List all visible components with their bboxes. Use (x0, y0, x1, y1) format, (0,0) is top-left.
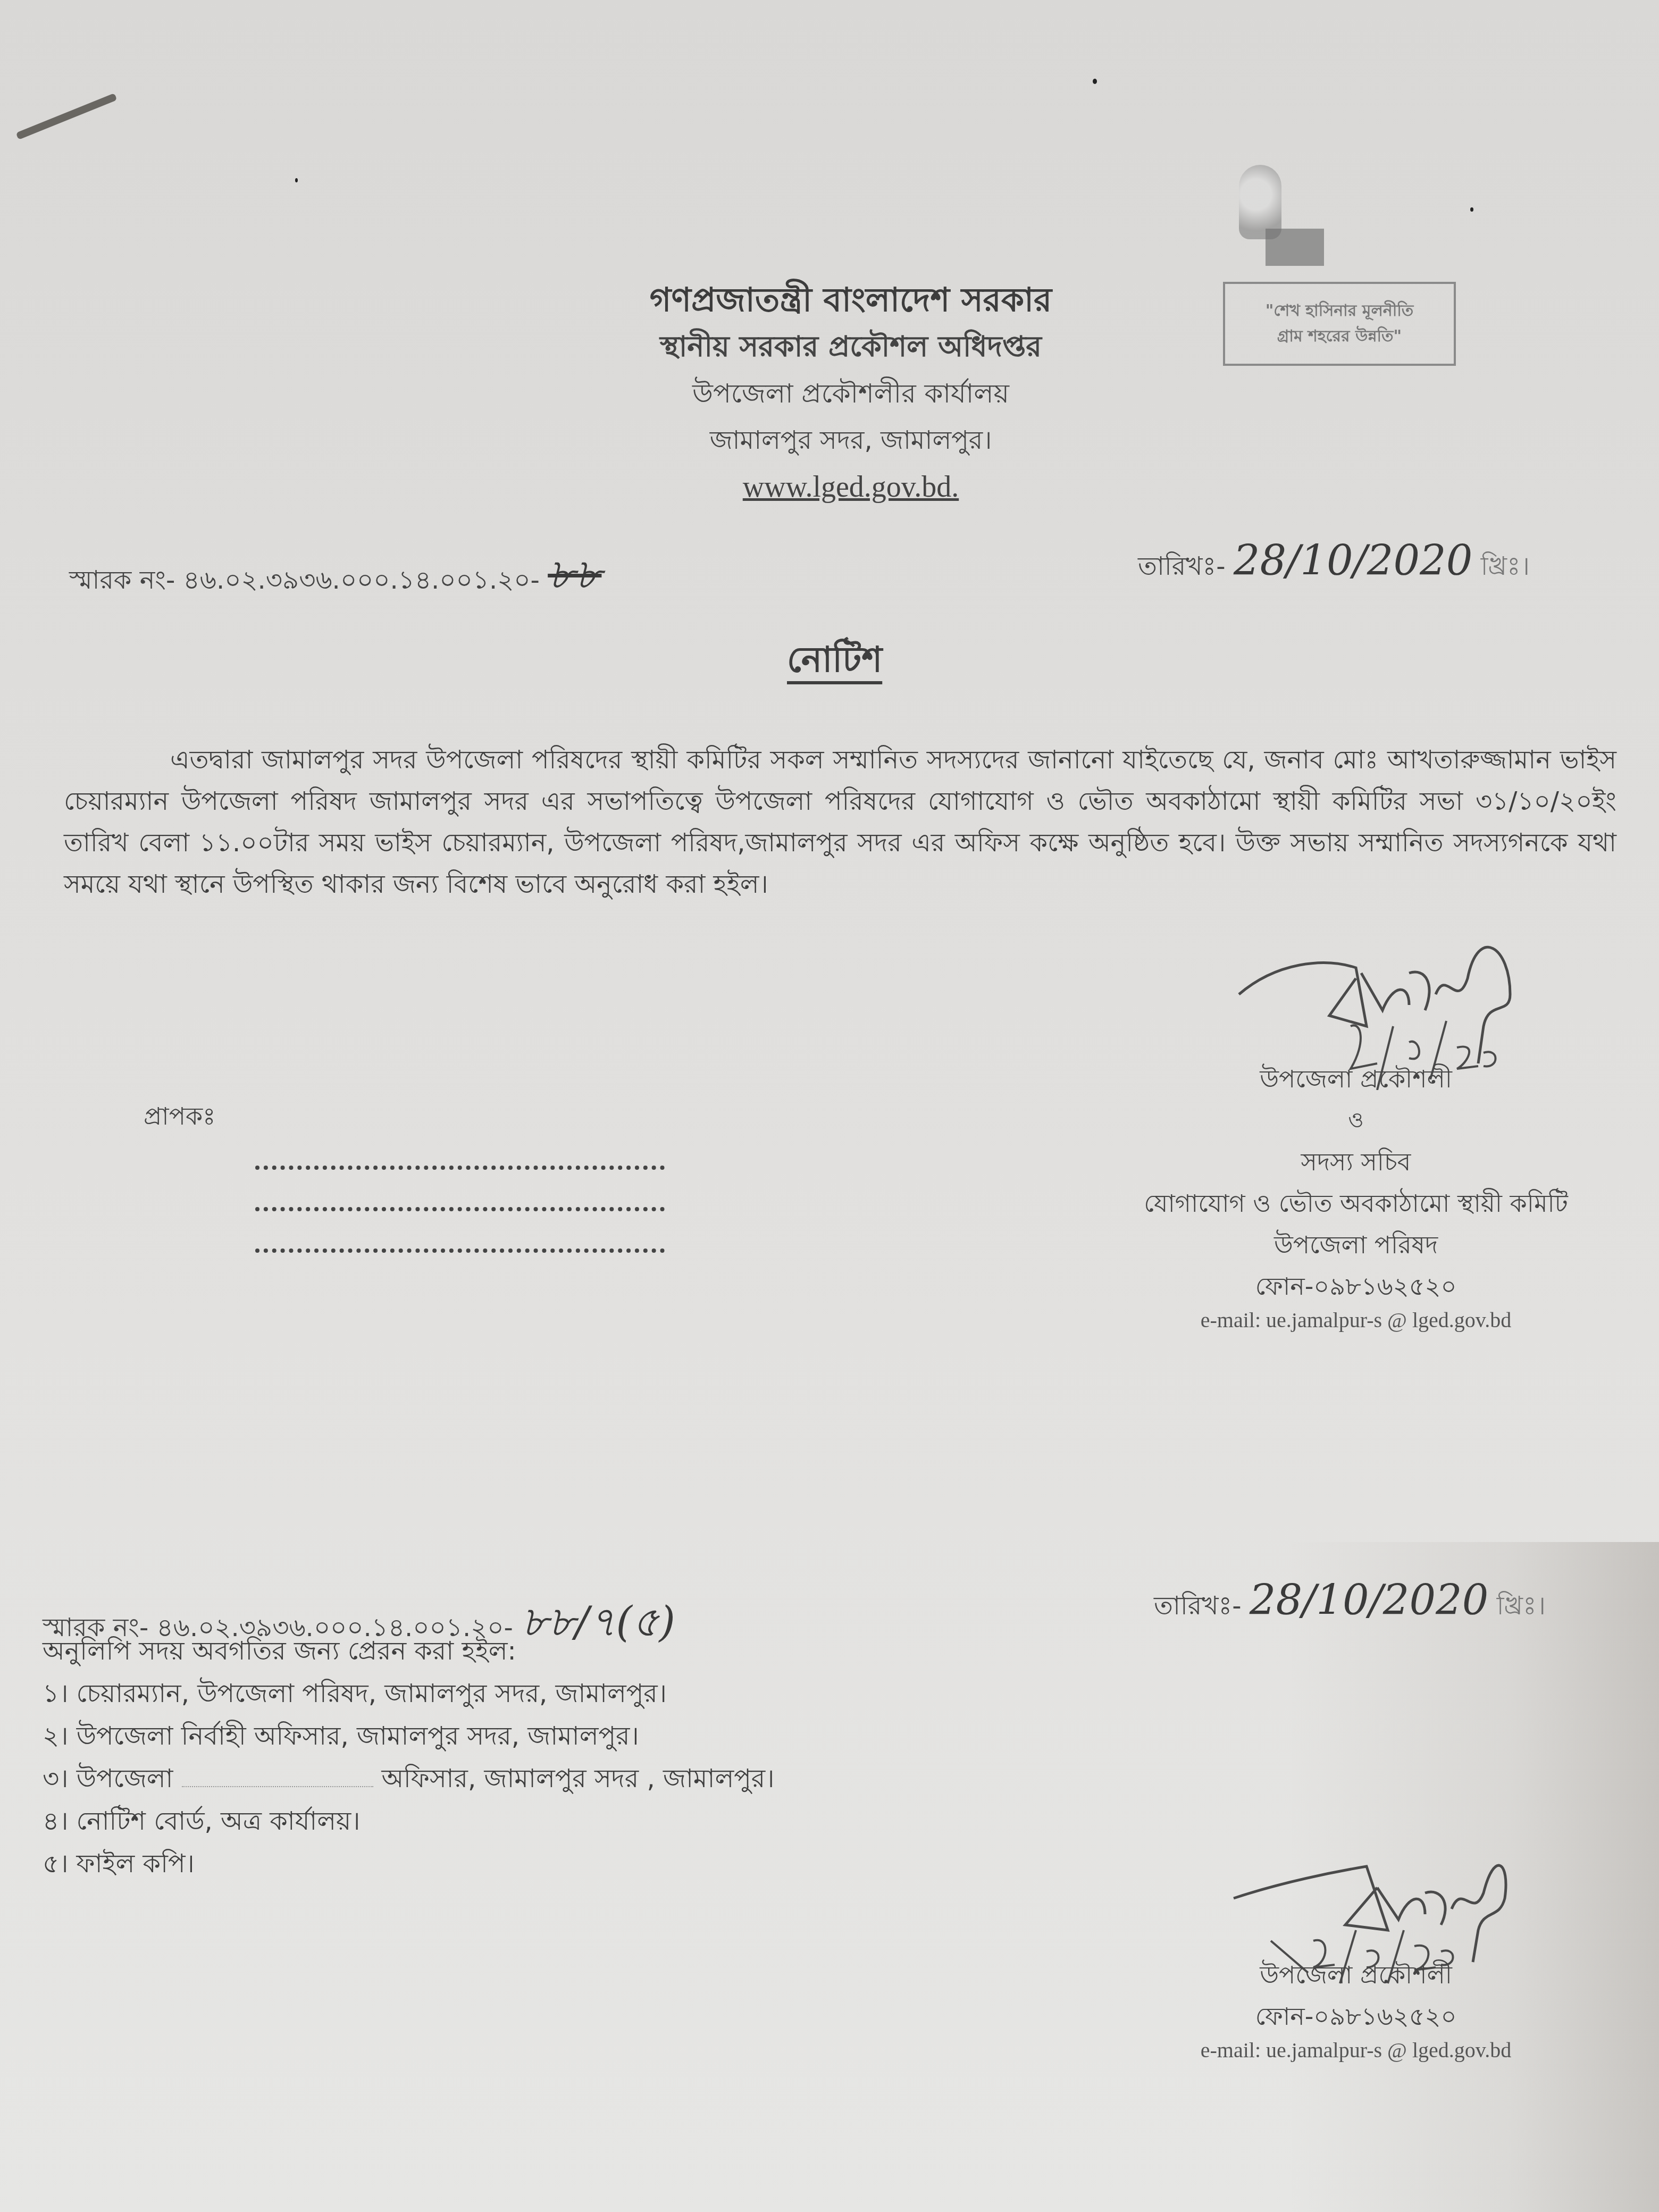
signatory-phone: ফোন-০৯৮১৬২৫২০ (1117, 1996, 1595, 2037)
department-name: স্থানীয় সরকার প্রকৌশল অধিদপ্তর (532, 323, 1170, 370)
cc-item-number: ১। (43, 1679, 68, 1708)
date-suffix: খ্রিঃ। (1481, 551, 1530, 581)
signatory-email[interactable]: e-mail: ue.jamalpur-s @ lged.gov.bd (1090, 1307, 1622, 1334)
signatory-committee: যোগাযোগ ও ভৌত অবকাঠামো স্থায়ী কমিটি (1090, 1183, 1622, 1224)
office-name: উপজেলা প্রকৌশলীর কার্যালয় (532, 370, 1170, 417)
notice-document: গণপ্রজাতন্ত্রী বাংলাদেশ সরকার স্থানীয় স… (0, 0, 1659, 2212)
notice-title: নোটিশ (787, 633, 882, 691)
staple-icon (16, 93, 118, 140)
cc-item-text: নোটিশ বোর্ড, অত্র কার্যালয়। (77, 1806, 361, 1836)
slogan-line-1: "শেখ হাসিনার মূলনীতি (1225, 298, 1454, 324)
cc-item-text: ফাইল কপি। (77, 1849, 195, 1879)
recipient-line-2[interactable] (255, 1207, 665, 1211)
cc-list: অনুলিপি সদয় অবগতির জন্য প্রেরন করা হইল:… (43, 1630, 774, 1885)
handwritten-date: 28/10/2020 (1234, 537, 1473, 585)
recipient-line-3[interactable] (255, 1249, 665, 1253)
cc-item-text: চেয়ারম্যান, উপজেলা পরিষদ, জামালপুর সদর,… (77, 1679, 667, 1708)
signatory-role: সদস্য সচিব (1090, 1141, 1622, 1183)
cc-item-number: ৫। (43, 1849, 68, 1879)
handwritten-date: 28/10/2020 (1250, 1577, 1489, 1624)
website-link[interactable]: www.lged.gov.bd. (532, 464, 1170, 510)
signatory-phone: ফোন-০৯৮১৬২৫২০ (1090, 1266, 1622, 1307)
slogan-box: "শেখ হাসিনার মূলনীতি গ্রাম শহরের উন্নতি" (1223, 282, 1456, 366)
cc-item: ২। উপজেলা নির্বাহী অফিসার, জামালপুর সদর,… (43, 1715, 774, 1757)
cc-item-number: ২। (43, 1721, 68, 1751)
emblem-logo-icon (1266, 229, 1324, 266)
government-name: গণপ্রজাতন্ত্রী বাংলাদেশ সরকার (532, 276, 1170, 323)
cc-item: ৩। উপজেলাঅফিসার, জামালপুর সদর , জামালপুর… (43, 1757, 774, 1800)
cc-item-text: উপজেলা (77, 1764, 173, 1794)
cc-item-text: অফিসার, জামালপুর সদর , জামালপুর। (382, 1764, 775, 1794)
memo-date-top: তারিখঃ- 28/10/2020 খ্রিঃ। (1138, 537, 1530, 589)
signatory-title: উপজেলা প্রকৌশলী (1117, 1954, 1595, 1996)
signatory-block-bottom: উপজেলা প্রকৌশলী ফোন-০৯৮১৬২৫২০ e-mail: ue… (1117, 1954, 1595, 2064)
memo-date-bottom: তারিখঃ- 28/10/2020 খ্রিঃ। (1154, 1577, 1546, 1629)
cc-item-number: ৪। (43, 1806, 68, 1836)
memo-handwritten-number: ৮৮ (548, 551, 601, 599)
ink-speck (1093, 79, 1097, 84)
recipient-line-1[interactable] (255, 1166, 665, 1170)
cc-intro: অনুলিপি সদয় অবগতির জন্য প্রেরন করা হইল: (43, 1630, 774, 1672)
letterhead: গণপ্রজাতন্ত্রী বাংলাদেশ সরকার স্থানীয় স… (532, 276, 1170, 510)
portrait-logo-icon (1239, 165, 1281, 239)
memo-label: স্মারক নং- ৪৬.০২.৩৯৩৬.০০০.১৪.০০১.২০- (69, 565, 540, 595)
signatory-block-top: উপজেলা প্রকৌশলী ও সদস্য সচিব যোগাযোগ ও ভ… (1090, 1058, 1622, 1334)
signatory-conjunction: ও (1090, 1100, 1622, 1141)
cc-item: ১। চেয়ারম্যান, উপজেলা পরিষদ, জামালপুর স… (43, 1672, 774, 1715)
cc-blank-field[interactable] (182, 1786, 373, 1787)
office-location: জামালপুর সদর, জামালপুর। (532, 417, 1170, 464)
cc-item: ৪। নোটিশ বোর্ড, অত্র কার্যালয়। (43, 1800, 774, 1842)
cc-item-number: ৩। (43, 1764, 68, 1794)
ink-speck (1470, 207, 1473, 212)
memo-number-top: স্মারক নং- ৪৬.০২.৩৯৩৬.০০০.১৪.০০১.২০- ৮৮ (69, 542, 601, 611)
notice-body: এতদ্বারা জামালপুর সদর উপজেলা পরিষদের স্থ… (64, 739, 1616, 905)
date-suffix: খ্রিঃ। (1497, 1591, 1546, 1621)
cc-item: ৫। ফাইল কপি। (43, 1842, 774, 1885)
slogan-line-2: গ্রাম শহরের উন্নতি" (1225, 324, 1454, 349)
signatory-title: উপজেলা প্রকৌশলী (1090, 1058, 1622, 1100)
date-label: তারিখঃ- (1138, 551, 1226, 581)
ink-speck (295, 178, 298, 182)
signatory-council: উপজেলা পরিষদ (1090, 1224, 1622, 1266)
recipient-label: প্রাপকঃ (144, 1098, 216, 1138)
signatory-email[interactable]: e-mail: ue.jamalpur-s @ lged.gov.bd (1117, 2037, 1595, 2064)
cc-item-text: উপজেলা নির্বাহী অফিসার, জামালপুর সদর, জা… (77, 1721, 639, 1751)
date-label: তারিখঃ- (1154, 1591, 1242, 1621)
